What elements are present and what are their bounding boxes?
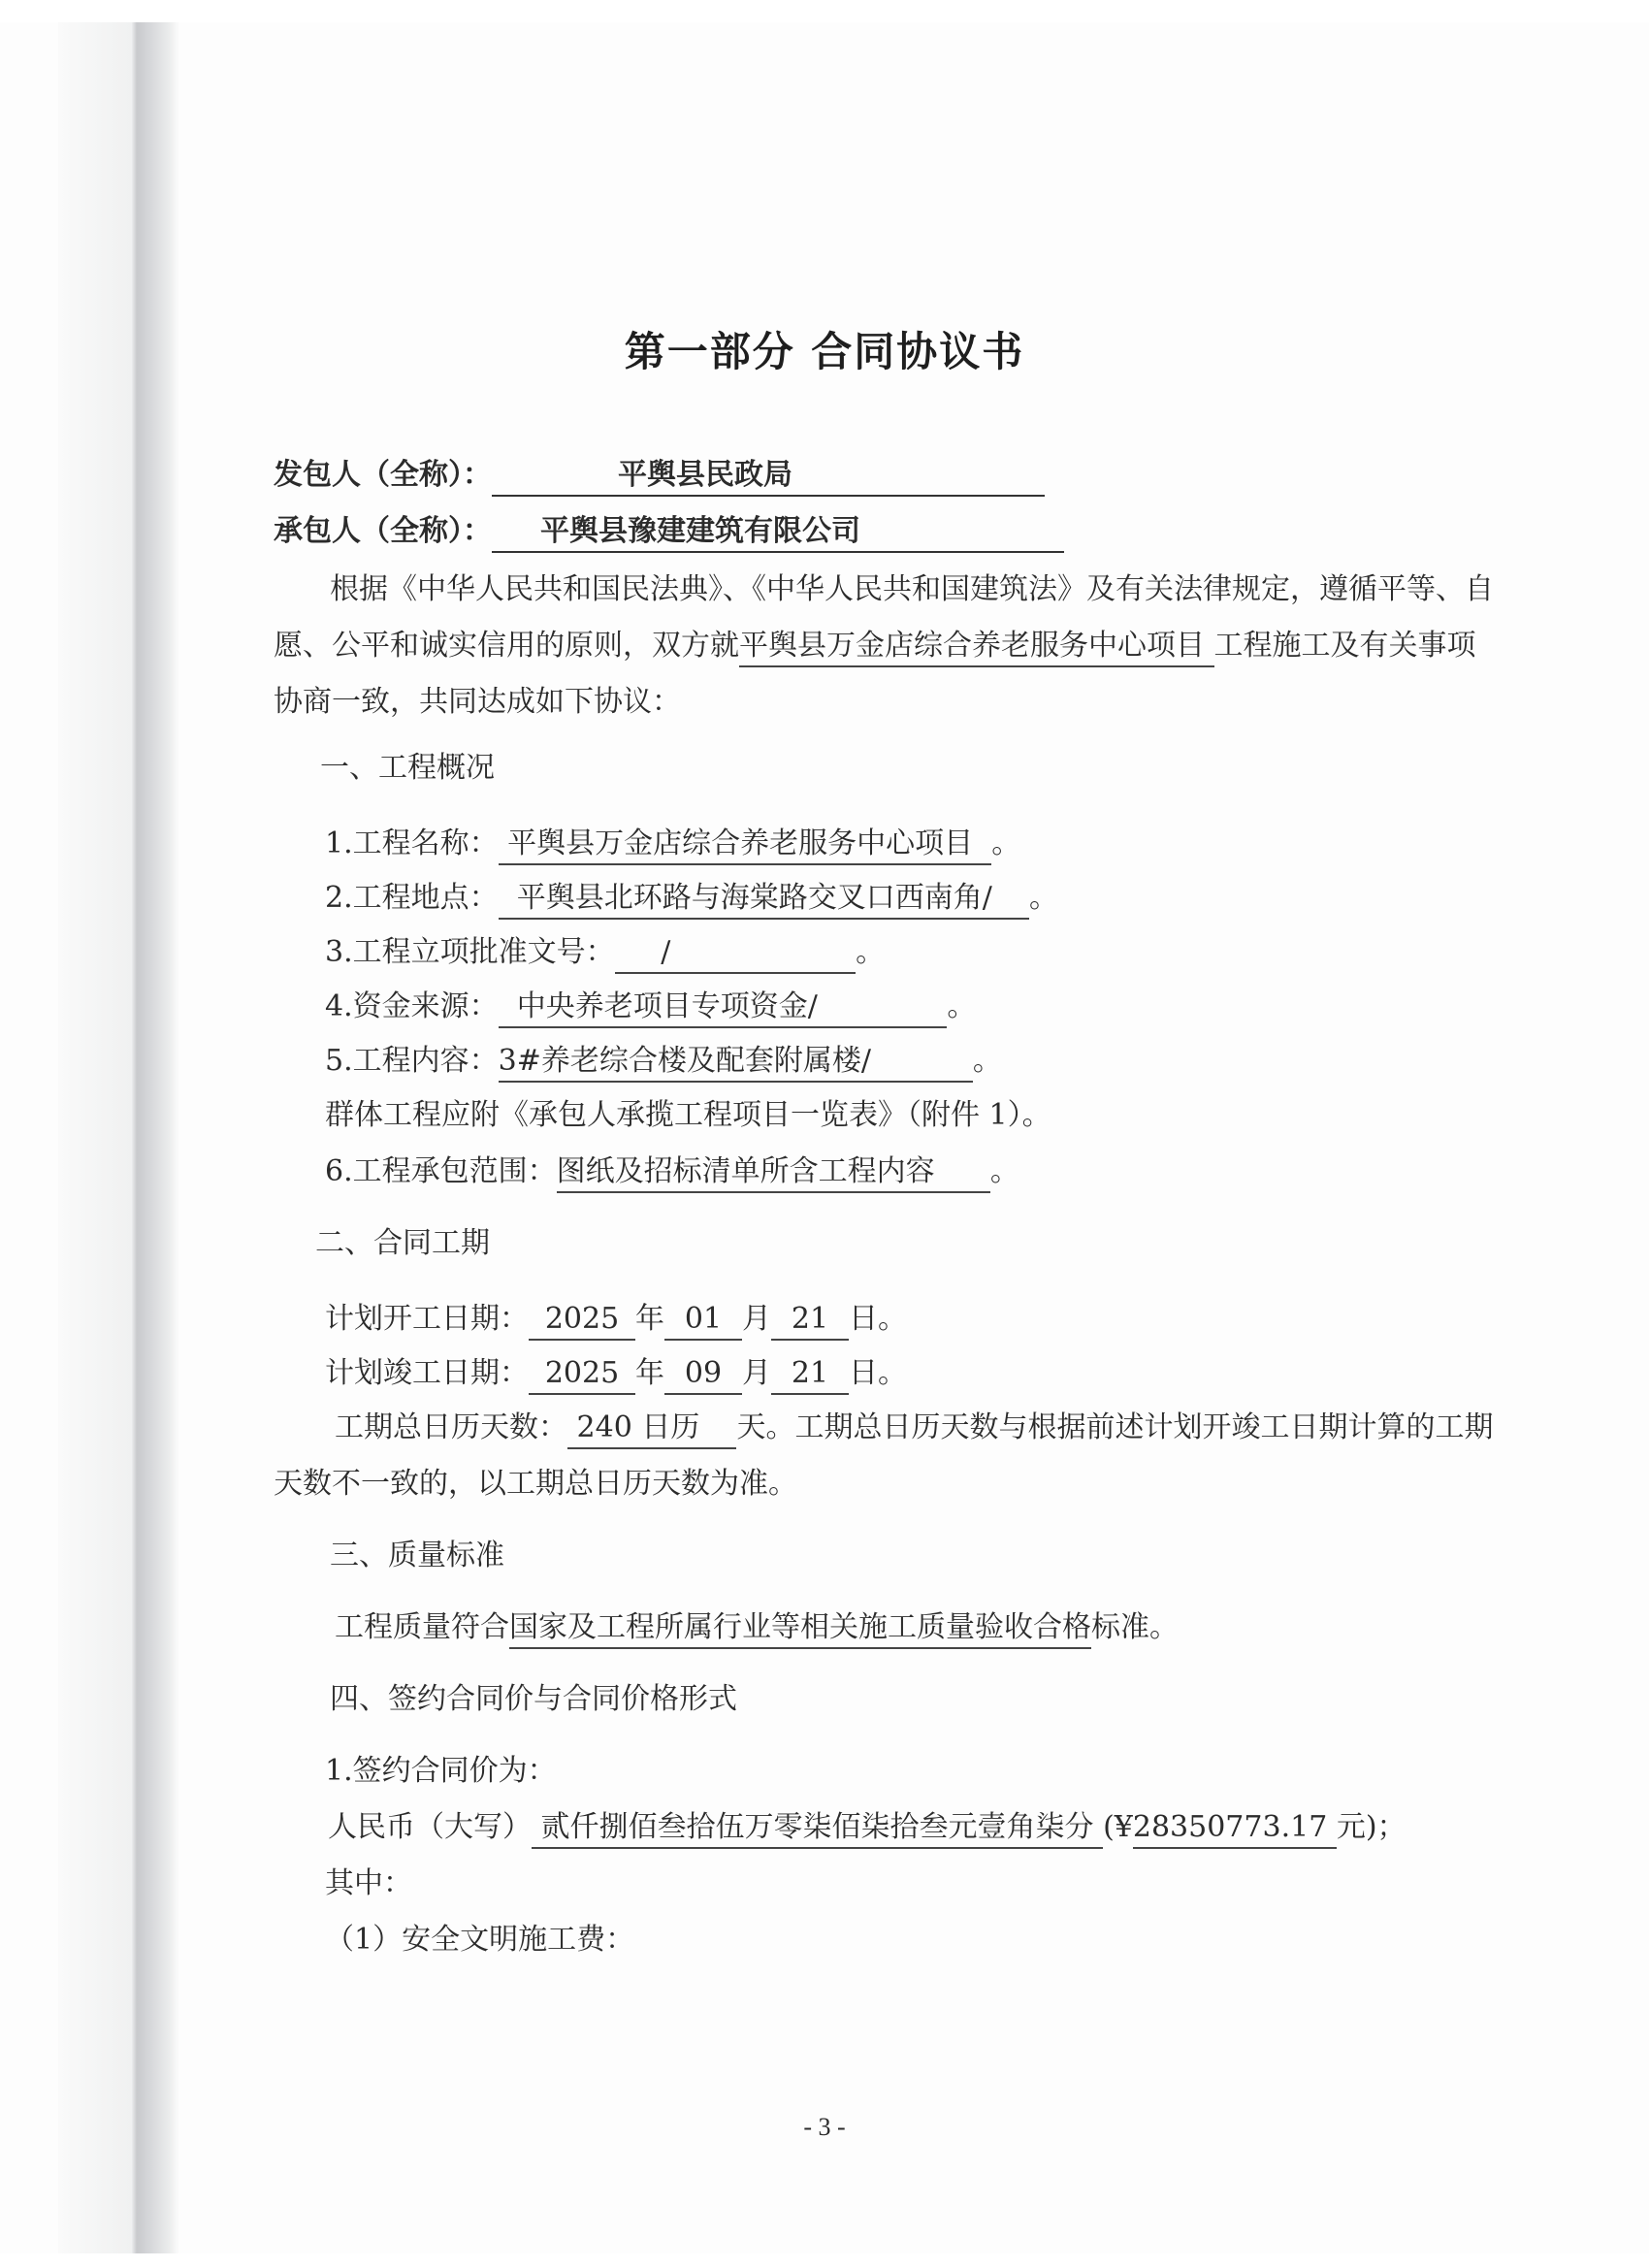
scope-label: 6.工程承包范围：: [325, 1154, 557, 1188]
month-unit: 月: [742, 1356, 771, 1390]
day-unit: 日。: [849, 1302, 907, 1336]
funding-source-row: 4.资金来源： 中央养老项目专项资金/ 。: [325, 988, 976, 1028]
duration-value: 240 日历: [567, 1409, 736, 1449]
scope-row: 6.工程承包范围：图纸及招标清单所含工程内容 。: [325, 1152, 1019, 1193]
contract-price-row: 人民币（大写） 贰仟捌佰叁拾伍万零柒佰柒拾叁元壹角柒分 (¥28350773.1…: [328, 1808, 1406, 1849]
finish-date-label: 计划竣工日期：: [325, 1356, 529, 1390]
rmb-paren-close: 元)；: [1337, 1810, 1406, 1844]
duration-suffix: 天。工期总日历天数与根据前述计划开竣工日期计算的工期: [736, 1410, 1493, 1444]
project-name-row: 1.工程名称： 平舆县万金店综合养老服务中心项目 。: [325, 825, 1020, 865]
section-1-heading: 一、工程概况: [320, 749, 495, 788]
approval-number-row: 3.工程立项批准文号： / 。: [325, 933, 885, 974]
quality-standard-value: 国家及工程所属行业等相关施工质量验收合格: [509, 1608, 1091, 1649]
preamble-line-2: 愿、公平和诚实信用的原则，双方就平舆县万金店综合养老服务中心项目 工程施工及有关…: [274, 627, 1476, 667]
approval-number-value: /: [615, 933, 857, 974]
project-location-label: 2.工程地点：: [325, 881, 499, 915]
period: 。: [947, 989, 976, 1023]
period: 。: [973, 1044, 1002, 1078]
employer-row: 发包人（全称）：平舆县民政局: [274, 456, 1045, 497]
contract-price-label: 1.签约合同价为：: [325, 1752, 557, 1791]
section-4-heading: 四、签约合同价与合同价格形式: [330, 1680, 737, 1719]
rmb-amount-words: 贰仟捌佰叁拾伍万零柒佰柒拾叁元壹角柒分: [532, 1808, 1103, 1849]
finish-date-row: 计划竣工日期：2025年09月21日。: [325, 1354, 907, 1395]
day-unit: 日。: [849, 1356, 907, 1390]
finish-year: 2025: [529, 1354, 635, 1395]
project-content-value: 3#养老综合楼及配套附属楼/: [499, 1042, 973, 1083]
preamble-line-3: 协商一致，共同达成如下协议：: [274, 683, 681, 722]
approval-number-label: 3.工程立项批准文号：: [325, 935, 615, 969]
finish-month: 09: [664, 1354, 742, 1395]
period: 。: [991, 826, 1020, 860]
page-title: 第一部分 合同协议书: [0, 320, 1649, 378]
group-project-note: 群体工程应附《承包人承揽工程项目一览表》（附件 1）。: [325, 1096, 1051, 1135]
duration-row: 工期总日历天数： 240 日历 天。工期总日历天数与根据前述计划开竣工日期计算的…: [335, 1409, 1493, 1449]
period: 。: [1029, 881, 1058, 915]
duration-line-2: 天数不一致的，以工期总日历天数为准。: [274, 1465, 797, 1504]
month-unit: 月: [742, 1302, 771, 1336]
start-date-row: 计划开工日期：2025年01月21日。: [325, 1300, 907, 1341]
preamble-line-2-suffix: 工程施工及有关事项: [1214, 629, 1476, 663]
project-location-value: 平舆县北环路与海棠路交叉口西南角/: [499, 879, 1029, 920]
contractor-row: 承包人（全称）：平舆县豫建建筑有限公司: [274, 512, 1064, 553]
period: 。: [990, 1154, 1019, 1188]
project-content-label: 5.工程内容：: [325, 1044, 499, 1078]
year-unit: 年: [635, 1302, 664, 1336]
year-unit: 年: [635, 1356, 664, 1390]
project-location-row: 2.工程地点： 平舆县北环路与海棠路交叉口西南角/ 。: [325, 879, 1058, 920]
rmb-label: 人民币（大写）: [328, 1810, 532, 1844]
quality-standard-row: 工程质量符合国家及工程所属行业等相关施工质量验收合格标准。: [335, 1608, 1179, 1649]
start-month: 01: [664, 1300, 742, 1341]
contractor-label: 承包人（全称）：: [274, 514, 492, 548]
start-day: 21: [771, 1300, 849, 1341]
project-content-row: 5.工程内容：3#养老综合楼及配套附属楼/ 。: [325, 1042, 1002, 1083]
employer-name: 平舆县民政局: [492, 456, 1045, 497]
scope-value: 图纸及招标清单所含工程内容: [557, 1152, 990, 1193]
employer-label: 发包人（全称）：: [274, 458, 492, 492]
start-year: 2025: [529, 1300, 635, 1341]
funding-source-value: 中央养老项目专项资金/: [499, 988, 948, 1028]
preamble-project-name: 平舆县万金店综合养老服务中心项目: [739, 627, 1214, 667]
rmb-paren-open: (¥: [1103, 1810, 1133, 1844]
project-name-label: 1.工程名称：: [325, 826, 499, 860]
among-label: 其中：: [325, 1864, 412, 1903]
section-2-heading: 二、合同工期: [315, 1224, 490, 1263]
preamble-line-2-prefix: 愿、公平和诚实信用的原则，双方就: [274, 629, 739, 663]
period: 。: [856, 935, 885, 969]
duration-label: 工期总日历天数：: [335, 1410, 567, 1444]
rmb-amount-number: 28350773.17: [1133, 1808, 1337, 1849]
preamble-line-1: 根据《中华人民共和国民法典》、《中华人民共和国建筑法》及有关法律规定，遵循平等、…: [330, 570, 1494, 609]
project-name-value: 平舆县万金店综合养老服务中心项目: [499, 825, 992, 865]
start-date-label: 计划开工日期：: [325, 1302, 529, 1336]
quality-suffix: 标准。: [1091, 1610, 1179, 1644]
contractor-name: 平舆县豫建建筑有限公司: [492, 512, 1064, 553]
page-number: - 3 -: [0, 2113, 1649, 2142]
finish-day: 21: [771, 1354, 849, 1395]
quality-prefix: 工程质量符合: [335, 1610, 509, 1644]
section-3-heading: 三、质量标准: [330, 1537, 504, 1575]
safety-fee-label: （1）安全文明施工费：: [325, 1921, 634, 1960]
funding-source-label: 4.资金来源：: [325, 989, 499, 1023]
